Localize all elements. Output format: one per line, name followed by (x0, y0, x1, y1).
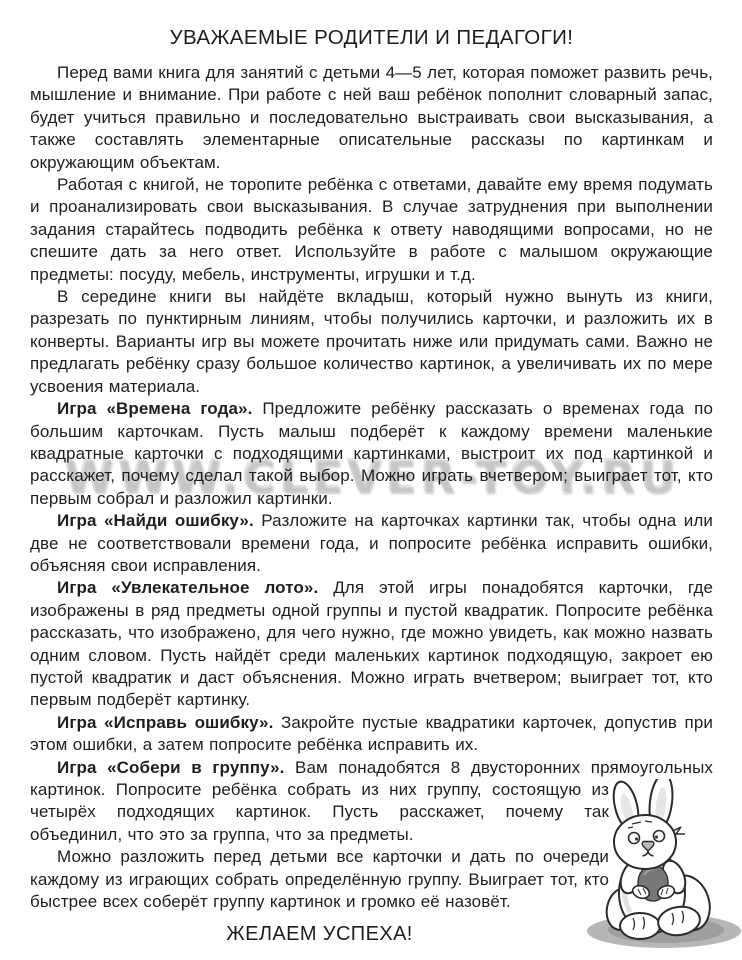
paragraph: В середине книги вы найдёте вкладыш, кот… (30, 286, 713, 398)
paragraph-text: В середине книги вы найдёте вкладыш, кот… (30, 287, 713, 396)
paragraph: Перед вами книга для занятий с детьми 4—… (30, 62, 713, 174)
game-title: Игра «Собери в группу». (57, 758, 284, 777)
paragraph-text: Перед вами книга для занятий с детьми 4—… (30, 63, 713, 172)
game-title: Игра «Найди ошибку». (57, 511, 254, 530)
paragraph-text: Можно разложить перед детьми все карточк… (30, 847, 609, 911)
page-title: УВАЖАЕМЫЕ РОДИТЕЛИ И ПЕДАГОГИ! (30, 26, 713, 50)
game-title: Игра «Увлекательное лото». (57, 578, 318, 597)
paragraph: Работая с книгой, не торопите ребёнка с … (30, 174, 713, 286)
game-title: Игра «Времена года». (57, 399, 252, 418)
paragraph-game-find-mistake: Игра «Найди ошибку». Разложите на карточ… (30, 510, 713, 577)
rabbit-illustration (582, 779, 742, 954)
paragraph-game-seasons: Игра «Времена года». Предложите ребёнку … (30, 398, 713, 510)
paragraph-game-lotto: Игра «Увлекательное лото». Для этой игры… (30, 577, 713, 711)
book-page: WWW.CLEVER-TOY.RU УВАЖАЕМЫЕ РОДИТЕЛИ И П… (0, 0, 742, 960)
game-title: Игра «Исправь ошибку». (57, 713, 273, 732)
paragraph-game-fix-mistake: Игра «Исправь ошибку». Закройте пустые к… (30, 712, 713, 757)
paragraph-text: Для этой игры понадобятся карточки, где … (30, 578, 713, 709)
paragraph-text: Работая с книгой, не торопите ребёнка с … (30, 175, 713, 284)
